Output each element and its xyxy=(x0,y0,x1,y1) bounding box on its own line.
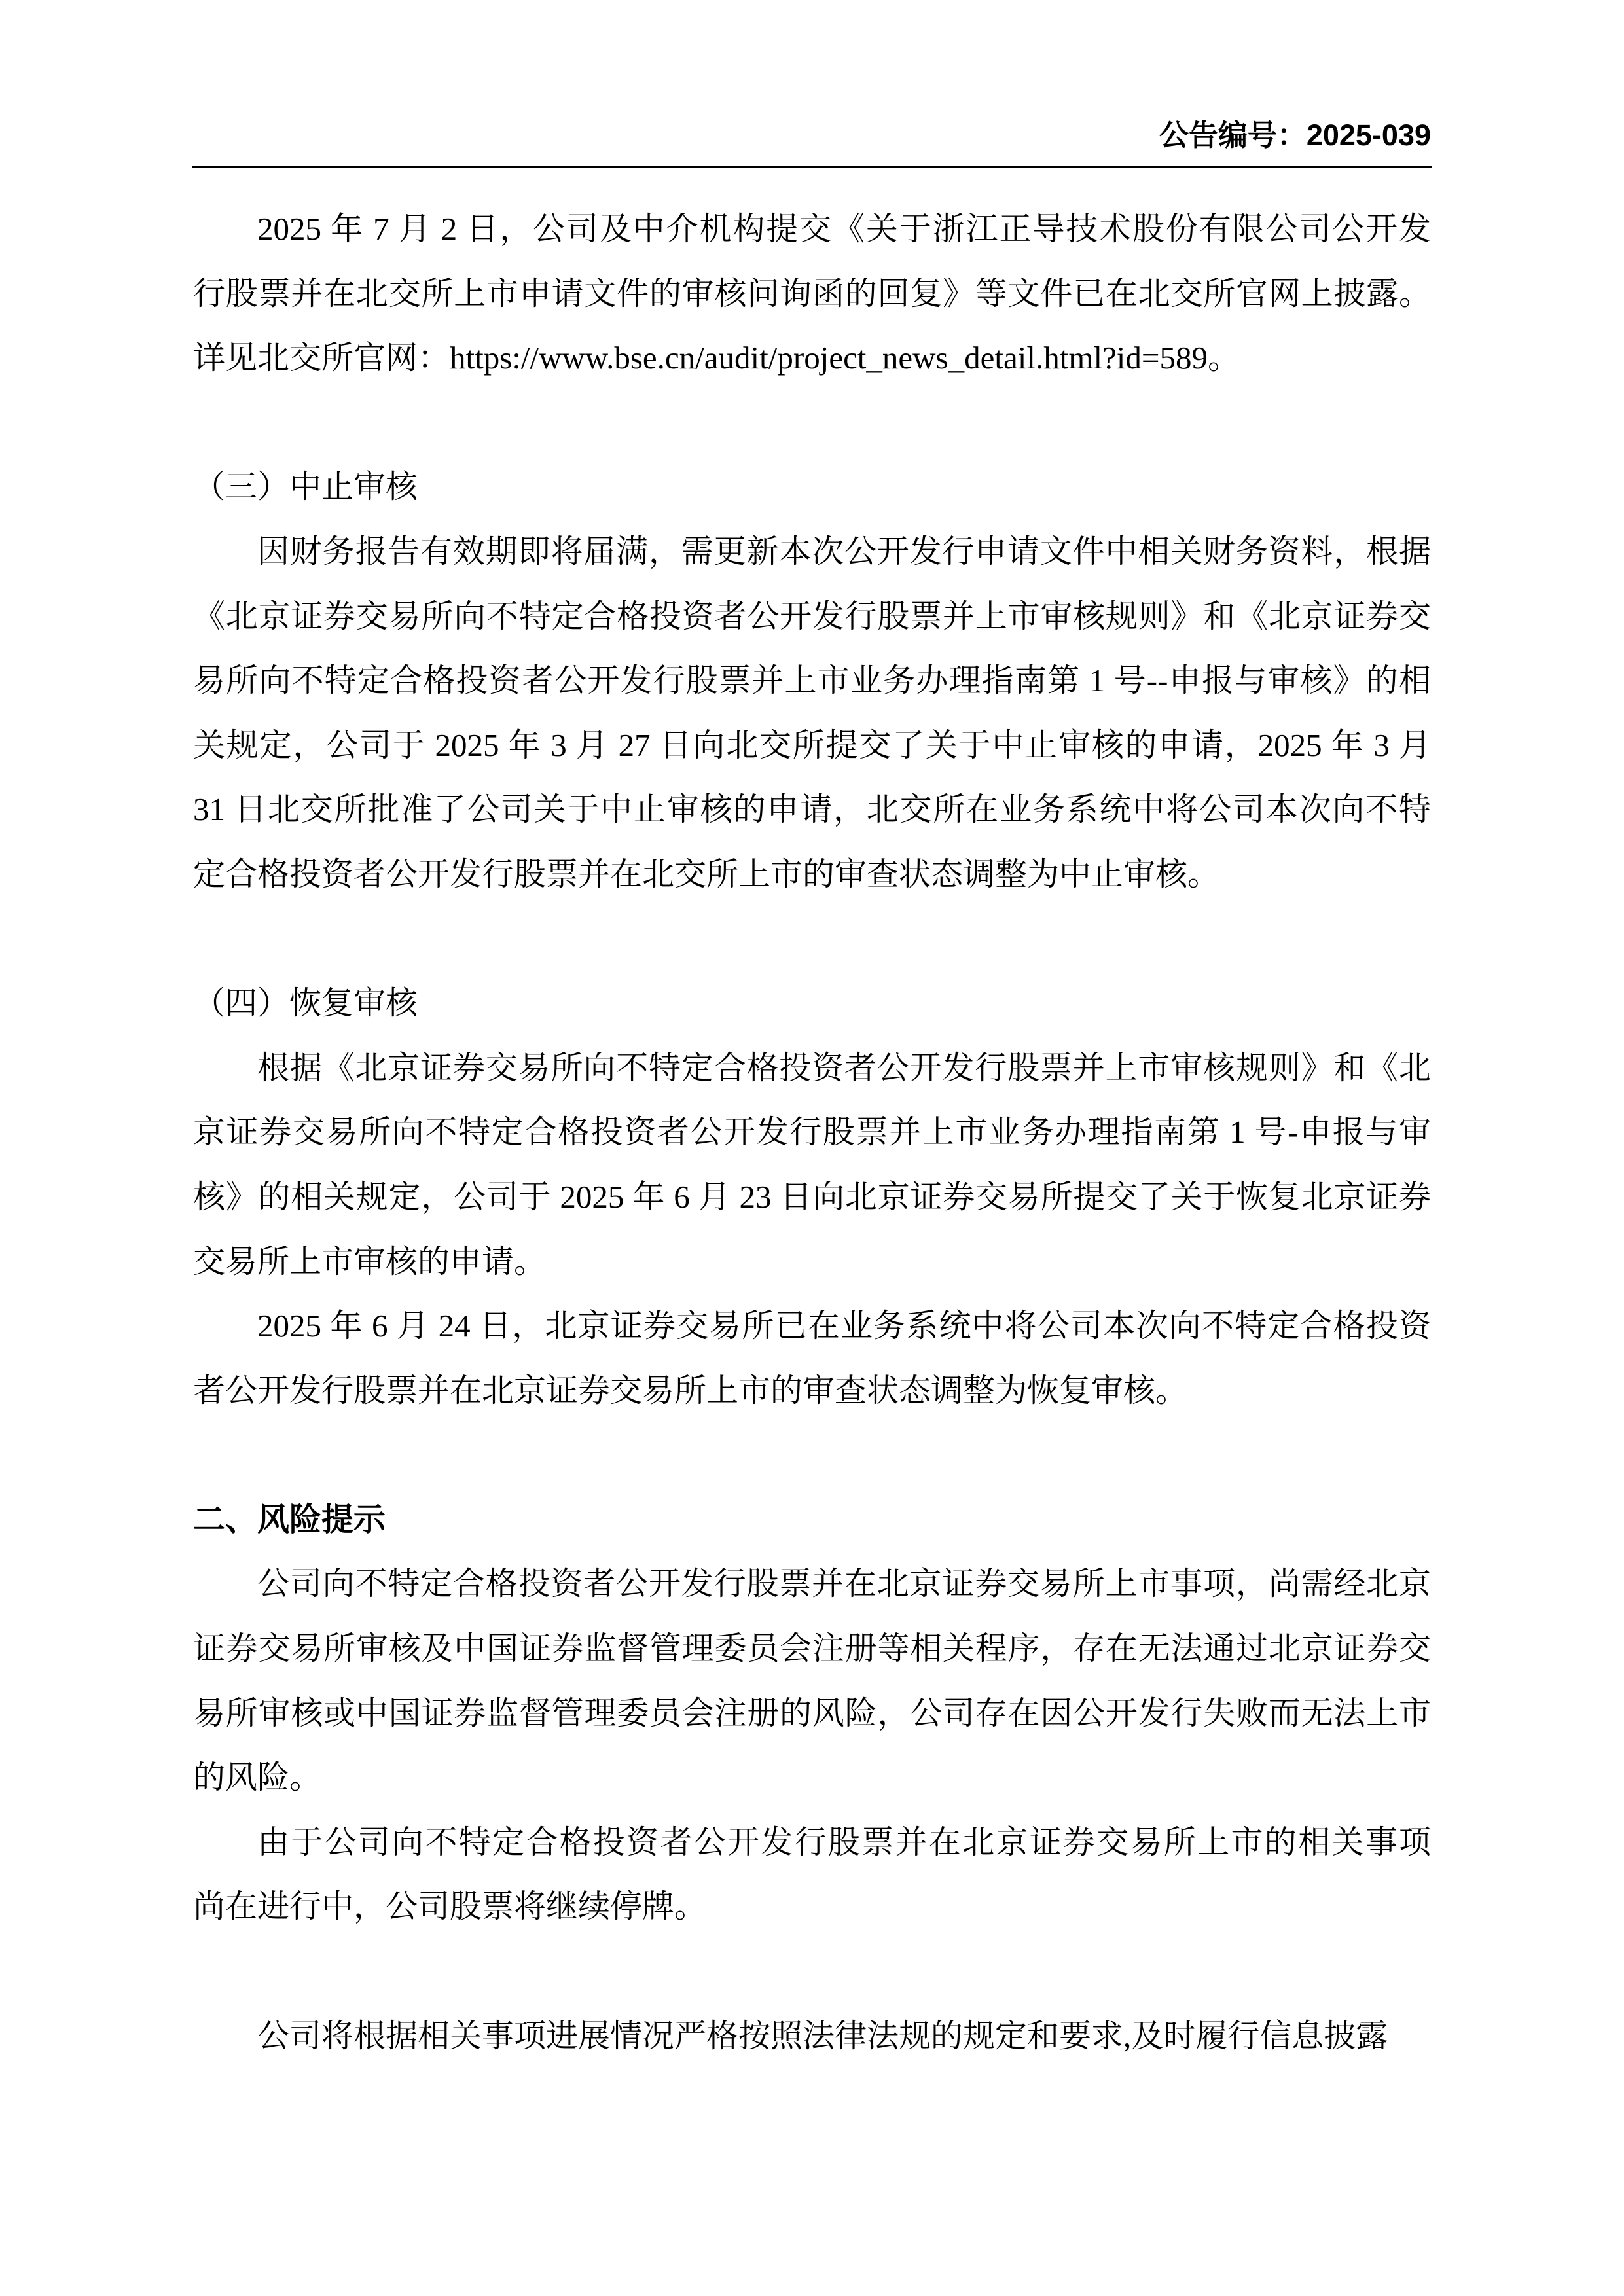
text-line: 公司向不特定合格投资者公开发行股票并在北京证券交易所上市事项，尚需经北京 xyxy=(193,1552,1431,1617)
text-line: 2025 年 7 月 2 日，公司及中介机构提交《关于浙江正导技术股份有限公司公… xyxy=(193,197,1431,262)
document-body: 2025 年 7 月 2 日，公司及中介机构提交《关于浙江正导技术股份有限公司公… xyxy=(193,197,1431,2068)
para-suspension-details: 因财务报告有效期即将届满，需更新本次公开发行申请文件中相关财务资料，根据《北京证… xyxy=(193,520,1431,907)
text-line: 京证券交易所向不特定合格投资者公开发行股票并上市业务办理指南第 1 号-申报与审 xyxy=(193,1100,1431,1165)
text-line: 关规定，公司于 2025 年 3 月 27 日向北交所提交了关于中止审核的申请，… xyxy=(193,713,1431,778)
text-line: 易所审核或中国证券监督管理委员会注册的风险，公司存在因公开发行失败而无法上市 xyxy=(193,1681,1431,1746)
text-line: 31 日北交所批准了公司关于中止审核的申请，北交所在业务系统中将公司本次向不特 xyxy=(193,778,1431,842)
text-line: 者公开发行股票并在北京证券交易所上市的审查状态调整为恢复审核。 xyxy=(193,1359,1431,1424)
text-line: 行股票并在北交所上市申请文件的审核问询函的回复》等文件已在北交所官网上披露。 xyxy=(193,262,1431,327)
text-line: 根据《北京证券交易所向不特定合格投资者公开发行股票并上市审核规则》和《北 xyxy=(193,1036,1431,1101)
text-line: 核》的相关规定，公司于 2025 年 6 月 23 日向北京证券交易所提交了关于… xyxy=(193,1165,1431,1230)
text-line: 的风险。 xyxy=(193,1746,1431,1810)
header-rule xyxy=(192,166,1432,168)
text-line: 易所向不特定合格投资者公开发行股票并上市业务办理指南第 1 号--申报与审核》的… xyxy=(193,649,1431,713)
text-line: 证券交易所审核及中国证券监督管理委员会注册等相关程序，存在无法通过北京证券交 xyxy=(193,1617,1431,1681)
text-line: 公司将根据相关事项进展情况严格按照法律法规的规定和要求,及时履行信息披露 xyxy=(193,2004,1431,2069)
text-line: 交易所上市审核的申请。 xyxy=(193,1230,1431,1295)
para-resumption-status: 2025 年 6 月 24 日，北京证券交易所已在业务系统中将公司本次向不特定合… xyxy=(193,1294,1431,1423)
para-risk-description: 公司向不特定合格投资者公开发行股票并在北京证券交易所上市事项，尚需经北京证券交易… xyxy=(193,1552,1431,1810)
text-line: 定合格投资者公开发行股票并在北交所上市的审查状态调整为中止审核。 xyxy=(193,842,1431,907)
para-resumption-application: 根据《北京证券交易所向不特定合格投资者公开发行股票并上市审核规则》和《北京证券交… xyxy=(193,1036,1431,1294)
heading-suspension-of-review: （三）中止审核 xyxy=(193,455,1431,520)
heading-risk-notice: 二、风险提示 xyxy=(193,1488,1431,1552)
text-line: 2025 年 6 月 24 日，北京证券交易所已在业务系统中将公司本次向不特定合… xyxy=(193,1294,1431,1359)
text-line: 因财务报告有效期即将届满，需更新本次公开发行申请文件中相关财务资料，根据 xyxy=(193,520,1431,584)
announcement-number: 公告编号：2025-039 xyxy=(193,111,1431,154)
text-line: 《北京证券交易所向不特定合格投资者公开发行股票并上市审核规则》和《北京证券交 xyxy=(193,584,1431,649)
para-inquiry-reply-disclosure: 2025 年 7 月 2 日，公司及中介机构提交《关于浙江正导技术股份有限公司公… xyxy=(193,197,1431,391)
text-line: 详见北交所官网：https://www.bse.cn/audit/project… xyxy=(193,326,1431,391)
text-line: 尚在进行中，公司股票将继续停牌。 xyxy=(193,1874,1431,1939)
heading-resumption-of-review: （四）恢复审核 xyxy=(193,971,1431,1036)
para-stock-suspension-continues: 由于公司向不特定合格投资者公开发行股票并在北京证券交易所上市的相关事项尚在进行中… xyxy=(193,1810,1431,1939)
text-line: 由于公司向不特定合格投资者公开发行股票并在北京证券交易所上市的相关事项 xyxy=(193,1810,1431,1875)
para-disclosure-commitment: 公司将根据相关事项进展情况严格按照法律法规的规定和要求,及时履行信息披露 xyxy=(193,2004,1431,2069)
